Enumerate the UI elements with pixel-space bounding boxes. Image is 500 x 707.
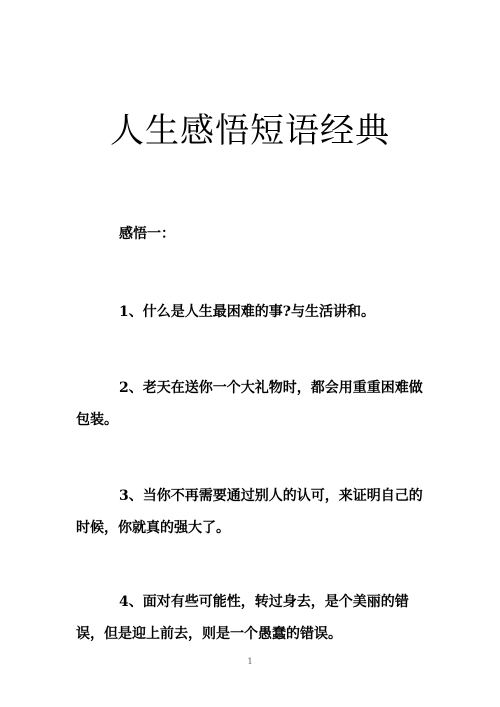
list-item: 2、老天在送你一个大礼物时，都会用重重困难做包装。: [76, 372, 430, 436]
list-item: 3、当你不再需要通过别人的认可，来证明自己的时候，你就真的强大了。: [76, 480, 430, 544]
section-heading: 感悟一：: [119, 224, 175, 244]
list-item: 1、什么是人生最困难的事?与生活讲和。: [76, 296, 430, 328]
page-number: 1: [0, 657, 500, 666]
document-page: 人生感悟短语经典 感悟一： 1、什么是人生最困难的事?与生活讲和。 2、老天在送…: [0, 0, 500, 707]
document-title: 人生感悟短语经典: [0, 107, 500, 155]
list-item: 4、面对有些可能性，转过身去，是个美丽的错误，但是迎上前去，则是一个愚蠢的错误。: [76, 586, 430, 650]
